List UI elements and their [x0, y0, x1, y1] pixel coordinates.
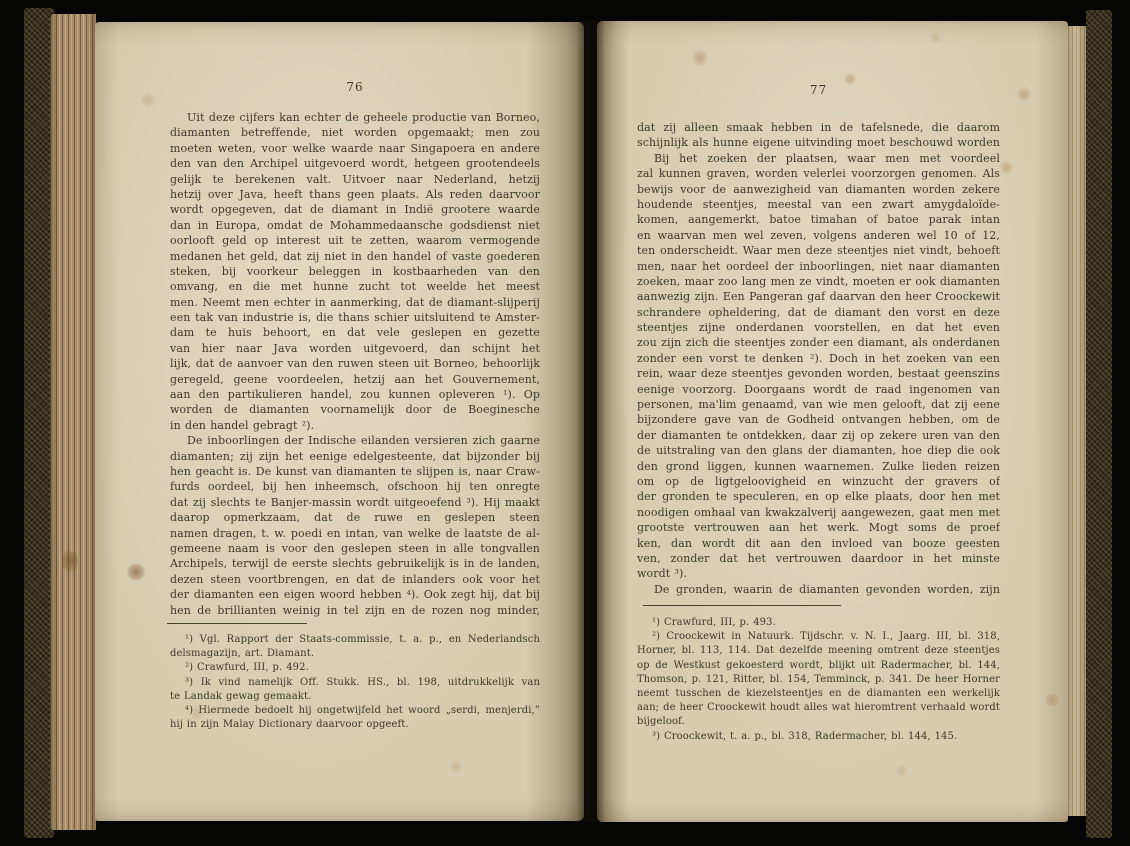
text-line: gelijk te berekenen valt. Uitvoer naar N… — [170, 172, 540, 187]
text-line: der diamanten een eigen woord hebben ⁴).… — [170, 587, 540, 602]
text-line: wordt opgegeven, dat de diamant in Indië… — [170, 202, 540, 217]
text-line: eenige voorzorg. Doorgaans wordt de raad… — [637, 382, 1000, 397]
text-line: van hier naar Java worden uitgevoerd, da… — [170, 341, 540, 356]
text-line: Horner, bl. 113, 114. Dat dezelfde meeni… — [637, 644, 1000, 658]
text-line: namen dragen, t. w. poedi en intan, van … — [170, 526, 540, 541]
text-line: hen geacht is. De kunst van diamanten te… — [170, 464, 540, 479]
text-line: daarop opmerkzaam, dat de ruwe en geslep… — [170, 510, 540, 525]
text-line: geregeld, geene voordeelen, hetzij aan h… — [170, 372, 540, 387]
text-line: aanwezig zijn. Een Pangeran gaf daarvan … — [637, 289, 1000, 304]
text-line: om op de ligtgeloovigheid en winzucht de… — [637, 474, 1000, 489]
text-line: ven, zonder dat het vertrouwen daardoor … — [637, 551, 1000, 566]
text-line: Thomson, p. 121, Ritter, bl. 154, Temmin… — [637, 673, 1000, 687]
text-line: der gronden te speculeren, en op elke pl… — [637, 489, 1000, 504]
text-line: Uit deze cijfers kan echter de geheele p… — [170, 110, 540, 125]
text-line: Archipels, terwijl de eerste slechts geb… — [170, 556, 540, 571]
text-line: schrandere opheldering, dat de diamant d… — [637, 305, 1000, 320]
page-left: 76 Uit deze cijfers kan echter de geheel… — [95, 22, 584, 821]
right-page-edge-stack — [1068, 26, 1088, 816]
text-line: dan in Europa, omdat de Mohammedaansche … — [170, 218, 540, 233]
text-line: ¹) Vgl. Rapport der Staats-commissie, t.… — [170, 633, 540, 647]
text-line: gemeene naam is voor den geslepen steen … — [170, 541, 540, 556]
text-line: zal kunnen graven, worden velerlei voorz… — [637, 166, 1000, 181]
text-line: dat zij alleen smaak hebben in de tafels… — [637, 120, 1000, 135]
text-line: ⁴) Hiermede bedoelt hij ongetwijfeld het… — [170, 704, 540, 718]
text-line: bijgeloof. — [637, 715, 1000, 729]
text-line: bewijs voor de aanwezigheid van diamante… — [637, 182, 1000, 197]
footnotes-right: ¹) Crawfurd, III, p. 493.²) Croockewit i… — [637, 616, 1000, 744]
text-line: De inboorlingen der Indische eilanden ve… — [170, 433, 540, 448]
text-line: wordt ³). — [637, 566, 1000, 581]
text-line: steken, bij voorkeur beleggen in kostbaa… — [170, 264, 540, 279]
text-line: noodigen omhaal van kwakzalverij aangewe… — [637, 505, 1000, 520]
text-line: hij in zijn Malay Dictionary daarvoor op… — [170, 718, 540, 732]
text-line: hen de brillianten weinig in tel zijn en… — [170, 603, 540, 618]
page-right: 77 dat zij alleen smaak hebben in de taf… — [597, 21, 1068, 822]
text-line: medanen het geld, dat zij niet in den ha… — [170, 249, 540, 264]
page-number-left: 76 — [170, 80, 540, 94]
text-line: aan; de heer Croockewit houdt alles wat … — [637, 701, 1000, 715]
text-line: schijnlijk als hunne eigene uitvinding m… — [637, 135, 1000, 150]
text-line: delsmagazijn, art. Diamant. — [170, 647, 540, 661]
text-line: dat zij slechts te Banjer-massin wordt u… — [170, 495, 540, 510]
text-line: diamanten; zij zijn het eenige edelgeste… — [170, 449, 540, 464]
text-line: worden de diamanten voornamelijk door de… — [170, 402, 540, 417]
text-line: ²) Crawfurd, III, p. 492. — [170, 661, 540, 675]
text-line: dezen steen voortbrengen, en dat de inla… — [170, 572, 540, 587]
text-line: ten onderscheidt. Waar men deze steentje… — [637, 243, 1000, 258]
text-line: en waarvan men wel zeven, volgens andere… — [637, 228, 1000, 243]
text-line: aan den partikulieren handel, zou kunnen… — [170, 387, 540, 402]
book-scan-scene: 76 Uit deze cijfers kan echter de geheel… — [0, 0, 1130, 846]
text-line: omvang, en die met hunne zucht tot weeld… — [170, 279, 540, 294]
right-cover-edge — [1086, 10, 1112, 838]
footnote-rule-right — [643, 605, 841, 606]
footnotes-left: ¹) Vgl. Rapport der Staats-commissie, t.… — [170, 633, 540, 732]
text-line: grootste vertrouwen aan het werk. Mogt s… — [637, 520, 1000, 535]
text-line: furds oordeel, bij hen inheemsch, ofscho… — [170, 479, 540, 494]
text-line: zou zijn zich die steentjes zonder een d… — [637, 335, 1000, 350]
text-line: moeten weten, voor welke waarde naar Sin… — [170, 141, 540, 156]
text-line: hetzij over Java, heeft thans geen plaat… — [170, 187, 540, 202]
text-line: ³) Ik vind namelijk Off. Stukk. HS., bl.… — [170, 676, 540, 690]
text-line: personen, ma'lim genaamd, van wie men ge… — [637, 397, 1000, 412]
left-fore-edge-stack — [50, 14, 96, 830]
text-line: dam te huis behoort, en dat vele geslepe… — [170, 325, 540, 340]
text-line: men, naar het oordeel der inboorlingen, … — [637, 259, 1000, 274]
text-line: in den handel gebragt ²). — [170, 418, 540, 433]
text-line: der diamanten te ontdekken, daar zij op … — [637, 428, 1000, 443]
text-line: ²) Croockewit in Natuurk. Tijdschr. v. N… — [637, 630, 1000, 644]
text-line: houdende steentjes, meestal van een zwar… — [637, 197, 1000, 212]
text-line: rein, waar deze steentjes gevonden worde… — [637, 366, 1000, 381]
text-line: Bij het zoeken der plaatsen, waar men me… — [637, 151, 1000, 166]
text-line: zonder een vorst te denken ²). Doch in h… — [637, 351, 1000, 366]
text-line: oorlooft geld op interest uit te zetten,… — [170, 233, 540, 248]
text-line: ken, dan wordt dit aan den invloed van b… — [637, 536, 1000, 551]
body-text-right: dat zij alleen smaak hebben in de tafels… — [637, 120, 1000, 597]
text-line: ¹) Crawfurd, III, p. 493. — [637, 616, 1000, 630]
text-line: komen, aangemerkt, batoe timahan of bato… — [637, 212, 1000, 227]
footnote-rule-left — [167, 623, 307, 624]
text-line: zoeken, maar zoo lang men ze vindt, moet… — [637, 274, 1000, 289]
text-line: lijk, dat de aanvoer van den ruwen steen… — [170, 356, 540, 371]
text-line: bijzondere gave van de Godheid ontvangen… — [637, 412, 1000, 427]
body-text-left: Uit deze cijfers kan echter de geheele p… — [170, 110, 540, 618]
text-line: neemt tusschen de kiezelsteentjes en de … — [637, 687, 1000, 701]
text-line: diamanten betreffende, niet worden opgem… — [170, 125, 540, 140]
text-line: te Landak gewag gemaakt. — [170, 690, 540, 704]
text-line: ³) Croockewit, t. a. p., bl. 318, Raderm… — [637, 730, 1000, 744]
text-line: op de Westkust gekoesterd wordt, blijkt … — [637, 659, 1000, 673]
page-number-right: 77 — [637, 83, 1000, 97]
text-line: steentjes zijne onderdanen voorstellen, … — [637, 320, 1000, 335]
text-line: men. Neemt men echter in aanmerking, dat… — [170, 295, 540, 310]
text-line: een tak van industrie is, die thans schi… — [170, 310, 540, 325]
text-line: de uitstraling van den glans der diamant… — [637, 443, 1000, 458]
text-line: den grond liggen, kunnen waarnemen. Zulk… — [637, 459, 1000, 474]
text-line: De gronden, waarin de diamanten gevonden… — [637, 582, 1000, 597]
text-line: den van den Archipel uitgevoerd wordt, h… — [170, 156, 540, 171]
